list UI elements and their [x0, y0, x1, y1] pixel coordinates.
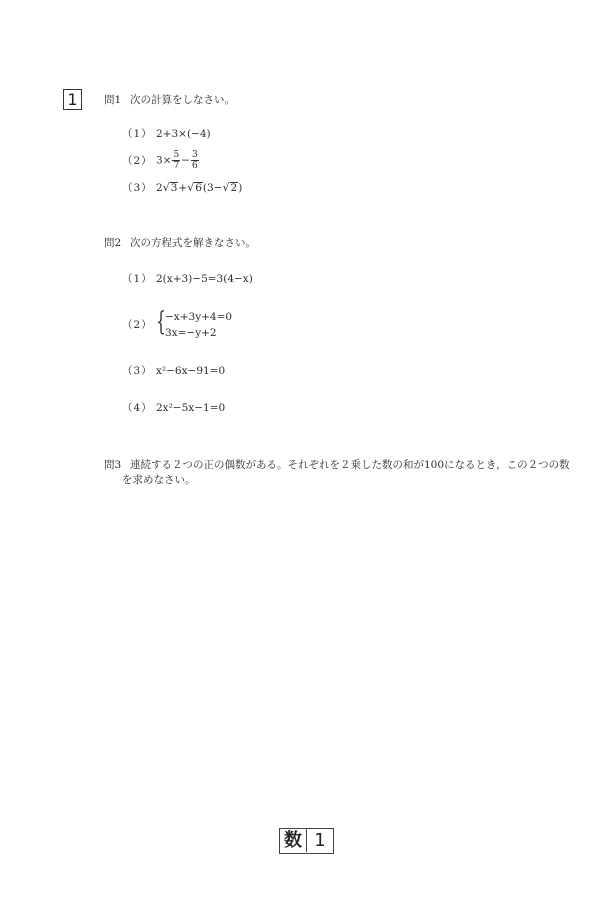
mon3-text-line1: 連続する２つの正の偶数がある。それぞれを２乗した数の和が100になるとき，この２…: [130, 459, 570, 471]
math-expression: 2x²−5x−1=0: [156, 402, 225, 414]
mon2-item-4: （4）2x²−5x−1=0: [122, 401, 225, 415]
mon1-instruction: 次の計算をしなさい。: [130, 94, 235, 106]
mon2-label: 問2: [104, 236, 130, 250]
math-expression: 2√3+√6(3−√2): [156, 182, 242, 194]
brace-icon: {: [156, 307, 166, 337]
math-expression: 2+3×(−4): [156, 128, 211, 140]
page-number: 1: [307, 829, 333, 852]
subject-label: 数: [280, 829, 307, 852]
mon1-heading: 問1次の計算をしなさい。: [104, 93, 235, 107]
mon3-label: 問3: [104, 458, 130, 472]
mon1-item-3: （3）2√3+√6(3−√2): [122, 181, 242, 195]
math-expression: 2(x+3)−5=3(4−x): [156, 273, 253, 285]
mon1-item-1: （1）2+3×(−4): [122, 127, 211, 141]
fraction: 57: [172, 150, 180, 171]
fraction: 36: [191, 150, 199, 171]
mon2-item-2: （2）{−x+3y+4=03x=−y+2: [122, 309, 232, 341]
mon3-text-line2: を求めなさい。: [122, 473, 196, 487]
mon1-label: 問1: [104, 93, 130, 107]
mon2-instruction: 次の方程式を解きなさい。: [130, 237, 256, 249]
mon2-item-3: （3）x²−6x−91=0: [122, 364, 225, 378]
question-number-box: 1: [63, 89, 82, 110]
page-footer-box: 数1: [279, 828, 334, 854]
mon2-heading: 問2次の方程式を解きなさい。: [104, 236, 256, 250]
mon1-item-2: （2）3×57−36: [122, 150, 200, 171]
mon2-item-1: （1）2(x+3)−5=3(4−x): [122, 272, 253, 286]
mon3-heading: 問3連続する２つの正の偶数がある。それぞれを２乗した数の和が100になるとき，こ…: [104, 458, 570, 472]
math-expression: x²−6x−91=0: [156, 365, 225, 377]
equation-system: {−x+3y+4=03x=−y+2: [156, 309, 232, 341]
